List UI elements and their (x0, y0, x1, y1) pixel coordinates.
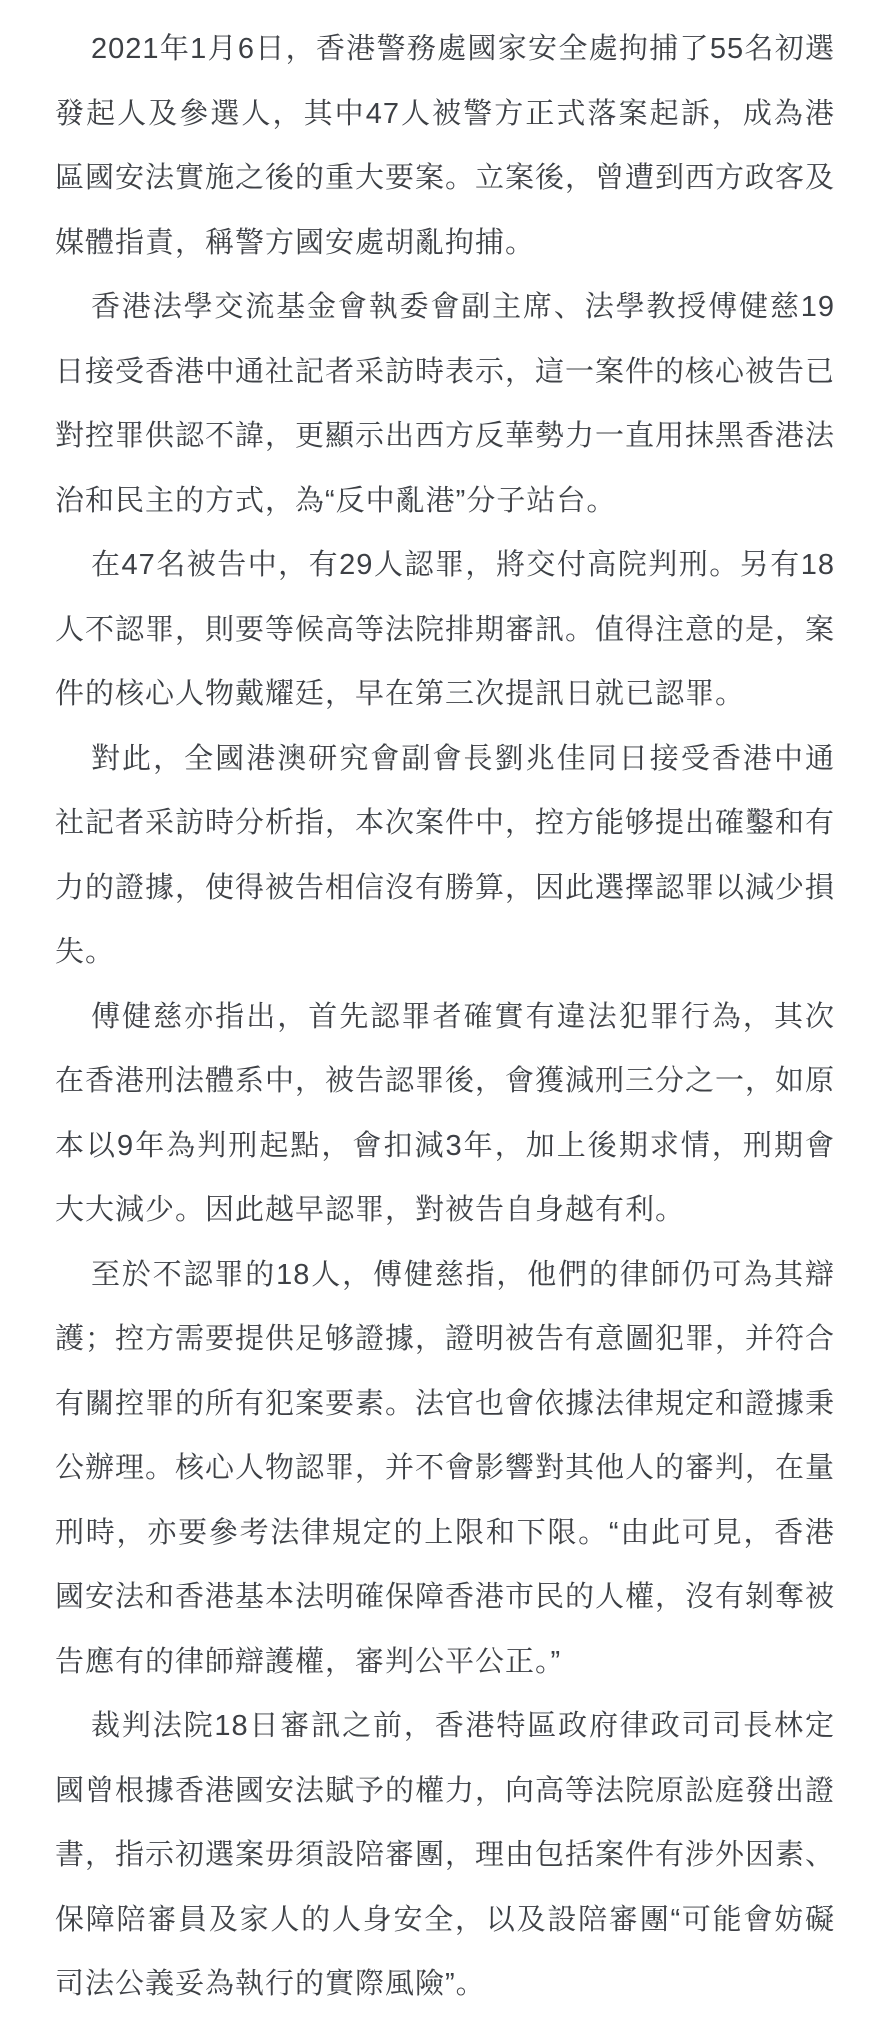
article-paragraph: 2021年1月6日，香港警務處國家安全處拘捕了55名初選發起人及參選人，其中47… (55, 17, 835, 275)
article-paragraph: 對此，全國港澳研究會副會長劉兆佳同日接受香港中通社記者采訪時分析指，本次案件中，… (55, 727, 835, 985)
article-body: 2021年1月6日，香港警務處國家安全處拘捕了55名初選發起人及參選人，其中47… (0, 0, 890, 2037)
article-paragraph: 香港法學交流基金會執委會副主席、法學教授傅健慈19日接受香港中通社記者采訪時表示… (55, 275, 835, 533)
article-paragraph: 至於不認罪的18人，傅健慈指，他們的律師仍可為其辯護；控方需要提供足够證據，證明… (55, 1243, 835, 1695)
article-paragraph: 傅健慈亦指出，首先認罪者確實有違法犯罪行為，其次在香港刑法體系中，被告認罪後，會… (55, 985, 835, 1243)
article-paragraph: 在47名被告中，有29人認罪，將交付高院判刑。另有18人不認罪，則要等候高等法院… (55, 533, 835, 727)
article-paragraph: 裁判法院18日審訊之前，香港特區政府律政司司長林定國曾根據香港國安法賦予的權力，… (55, 1694, 835, 2017)
